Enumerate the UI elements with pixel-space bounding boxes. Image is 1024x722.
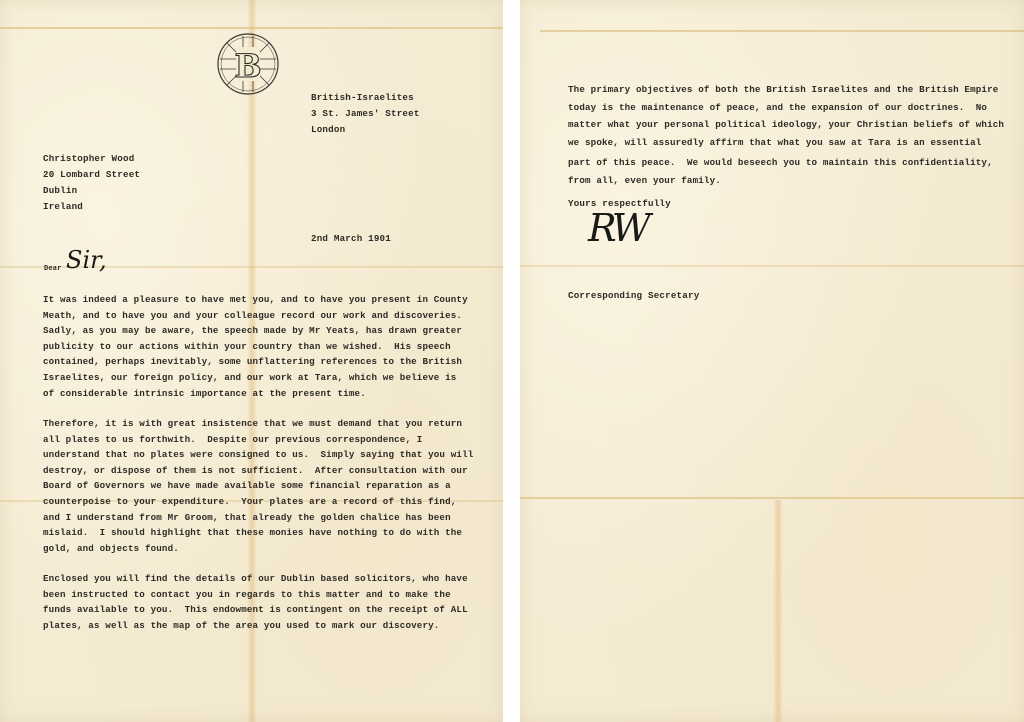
signature: RW [588, 206, 647, 250]
text-line: Meath, and to have you and your colleagu… [43, 308, 468, 324]
letterhead-city: London [311, 122, 345, 138]
text-line: been instructed to contact you in regard… [43, 587, 468, 603]
signatory-title: Corresponding Secretary [568, 288, 699, 304]
text-line: of considerable intrinsic importance at … [43, 386, 468, 402]
text-line: Sadly, as you may be aware, the speech m… [43, 323, 468, 339]
recipient-country: Ireland [43, 199, 83, 215]
text-line: destroy, or dispose of them is not suffi… [43, 463, 473, 479]
fold-line [520, 265, 1024, 267]
body-paragraph-1: It was indeed a pleasure to have met you… [43, 292, 468, 401]
text-line: contained, perhaps inevitably, some unfl… [43, 354, 468, 370]
letterhead-address: 3 St. James' Street [311, 106, 420, 122]
text-line: today is the maintenance of peace, and t… [568, 100, 1004, 116]
body-paragraph-3: Enclosed you will find the details of ou… [43, 571, 468, 633]
text-line: we spoke, will assuredly affirm that wha… [568, 135, 1004, 151]
letter-page-1: B British-Israelites 3 St. James' Street… [0, 0, 503, 722]
text-line: The primary objectives of both the Briti… [568, 82, 1004, 98]
text-line: understand that no plates were consigned… [43, 447, 473, 463]
letter-date: 2nd March 1901 [311, 231, 391, 247]
svg-text:B: B [234, 47, 261, 85]
text-line: plates, as well as the map of the area y… [43, 618, 468, 634]
salutation-typed: Dear [44, 262, 62, 278]
text-line: publicity to our actions within your cou… [43, 339, 468, 355]
text-line: Therefore, it is with great insistence t… [43, 416, 473, 432]
recipient-city: Dublin [43, 183, 77, 199]
recipient-name: Christopher Wood [43, 151, 134, 167]
text-line: gold, and objects found. [43, 541, 473, 557]
letterhead-org-name: British-Israelites [311, 90, 414, 106]
text-line: matter what your personal political ideo… [568, 117, 1004, 133]
fold-line [773, 500, 783, 722]
text-line: Board of Governors we have made availabl… [43, 478, 473, 494]
text-line: Enclosed you will find the details of ou… [43, 571, 468, 587]
text-line: funds available to you. This endowment i… [43, 602, 468, 618]
body-paragraph-4: The primary objectives of both the Briti… [568, 82, 1004, 189]
text-line: from all, even your family. [568, 173, 1004, 189]
fold-line [540, 30, 1024, 32]
text-line: mislaid. I should highlight that these m… [43, 525, 473, 541]
british-israelites-emblem-icon: B [216, 32, 280, 96]
text-line: all plates to us forthwith. Despite our … [43, 432, 473, 448]
body-paragraph-2: Therefore, it is with great insistence t… [43, 416, 473, 556]
salutation-handwritten: Sir, [66, 246, 107, 274]
recipient-street: 20 Lombard Street [43, 167, 140, 183]
letter-page-2: The primary objectives of both the Briti… [520, 0, 1024, 722]
text-line: It was indeed a pleasure to have met you… [43, 292, 468, 308]
text-line: part of this peace. We would beseech you… [568, 155, 1004, 171]
fold-line [520, 497, 1024, 499]
text-line: and I understand from Mr Groom, that alr… [43, 510, 473, 526]
text-line: counterpoise to your expenditure. Your p… [43, 494, 473, 510]
text-line: Israelites, our foreign policy, and our … [43, 370, 468, 386]
